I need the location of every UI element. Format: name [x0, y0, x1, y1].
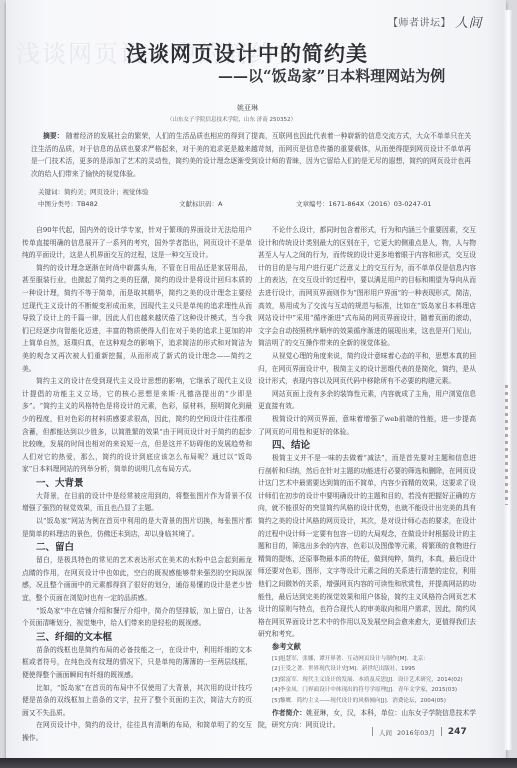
paragraph: 在网页设计中，简约的设计，往往具有清晰的布局，和简单明了的交互操作。: [22, 719, 252, 744]
references-title: 参考文献: [272, 641, 476, 654]
paragraph: 不论什么设计，都同时包含着形式，行为和内涵三个重要因素，交互设计和传统设计类别最…: [258, 224, 476, 350]
paragraph: 自90年代起，国内外的设计学专家，针对于繁琐的界面设计无法给用户传单直接明确的信…: [22, 224, 252, 262]
section-heading: 四、结论: [272, 439, 476, 452]
reference-item: [2]王受之著．世界现代设计史[M]．新世纪出版社，1995: [258, 664, 476, 675]
article-number: 文章编号：1671-864X（2016）03-0247-01: [296, 199, 432, 208]
spine-marks: [505, 385, 508, 505]
journal-page: 【师者讲坛】 人间 浅谈网页设计中的简约美 浅谈网页设计中的简约美 ——以“饭岛…: [6, 0, 506, 758]
paragraph: 比如，“饭岛家”在首页的布局中不仅使用了大背景，其次用的设计技巧便是苗条的双线框…: [22, 682, 252, 720]
right-column: 不论什么设计，都同时包含着形式，行为和内涵三个重要因素，交互设计和传统设计类别最…: [258, 224, 476, 731]
article-subtitle: ——以“饭岛家”日本料理网站为例: [218, 65, 445, 86]
paragraph: 从视觉心理的角度来说，简约设计意味着心态的平和，思想本真的回归，在网页界面设计中…: [258, 350, 476, 388]
bio-label: 作者简介：: [272, 709, 306, 717]
abstract-label: 摘要：: [43, 132, 64, 140]
clc-number: 中图分类号：TB482: [38, 199, 98, 208]
document-code: 文献标识码：A: [179, 199, 222, 208]
section-heading: 三、纤细的文本框: [36, 631, 252, 644]
keywords: 关键词：简约美；网页设计；视觉体验: [38, 187, 149, 196]
section-heading: 二、留白: [36, 541, 252, 554]
paragraph: 以“饭岛家”网站为例在首页中利用的是大背景的图片切换，每张图片都是简单的料理店的…: [22, 515, 252, 540]
paragraph: 简约主义的设计在受到现代主义设计思想的影响，它继承了现代主义设计提倡的功能主义立…: [22, 375, 252, 476]
section-heading: 一、大背景: [36, 477, 252, 490]
paragraph: “饭岛家”中在店铺介绍和餐厅介绍中，简介的竖排版，加上留白，让各个页面清晰划分，…: [22, 605, 252, 630]
abstract: 摘要： 随着经济的发展社会的繁荣，人们的生活品质也相应的得到了提高，互联网也因此…: [31, 130, 471, 180]
author-affiliation: （山东女子学院信息技术学院，山东 济南 250352）: [167, 115, 296, 123]
page-number: 247: [448, 727, 467, 737]
reference-item: [4]李金凤．门界面设计中体现出的符号学原理[J]．青年文学家，2015(03): [258, 685, 476, 696]
author-name: 姚亚琳: [237, 103, 258, 113]
paragraph: 网站页面上没有多余的装饰性元素，内容就成了主角，用户浏览信息更直接有效。: [258, 388, 476, 413]
paragraph: 大背景，在目前的设计中是经常被应用到的，将整张图片作为背景不仅增强了强烈的视觉效…: [22, 490, 252, 515]
page-spine: [504, 10, 512, 750]
paragraph: 简约的设计理念逐渐在时尚中崭露头角，不管在日用品还是家居用品，甚至服装行业，也掀…: [22, 262, 252, 375]
paragraph: 苗条的线框也是简约布局的必备技能之一，在设计中，利用纤细的文本框或者符号，在纯色…: [22, 644, 252, 682]
page-footer: | 人间 2016年03月 | 247: [371, 727, 467, 737]
scan-bottom-edge: [0, 758, 517, 768]
footer-magazine: 人间: [379, 728, 392, 737]
column-tag-label: 【师者讲坛】: [388, 14, 451, 29]
reference-item: [3]梁富军．现代主义设计的发展．本质及反思[J]．设计艺术研究，2014(02…: [258, 675, 476, 686]
magazine-logo: 人间: [455, 12, 482, 31]
article-title: 浅谈网页设计中的简约美: [126, 38, 368, 68]
paragraph: 留白，是极具特色的常见的艺术表达形式在美术的水粉中总会起到画龙点睛的作用，在网页…: [22, 554, 252, 604]
reference-item: [5]黎鹰．简约主义——现代设计的风格倾向[J]．消费论坛，2004(05): [258, 696, 476, 707]
reference-item: [1]旭慧军，张娜，谭开界著．互动网页设计与制作[M]．北京：: [258, 654, 476, 665]
left-column: 自90年代起，国内外的设计学专家，针对于繁琐的界面设计无法给用户传单直接明确的信…: [22, 224, 252, 745]
paragraph: 极简主义并不是一味的去做着“减法”，而是首先要对主题和信息进行剖析和归纳，然后在…: [258, 452, 476, 641]
footer-issue: 2016年03月: [397, 728, 435, 737]
column-tag: 【师者讲坛】 人间: [388, 12, 482, 31]
footer-divider: |: [371, 727, 374, 737]
footer-divider: |: [440, 727, 443, 737]
abstract-text: 随着经济的发展社会的繁荣，人们的生活品质也相应的得到了提高，互联网也因此代表着一…: [31, 132, 471, 178]
paragraph: 极简设计的网页界面，意味着增强了web前端的性能，进一步提高了网页的可用性和更好…: [258, 413, 476, 438]
